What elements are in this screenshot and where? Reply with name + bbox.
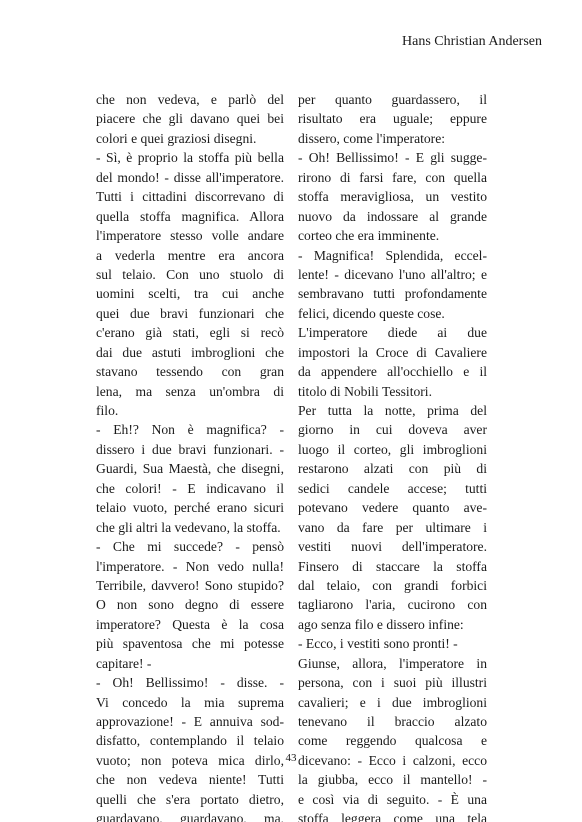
text-line: che colori! - E indicavano il: [96, 479, 284, 498]
text-line: per quanto guardassero, il: [298, 90, 487, 109]
text-line: rirono di farsi fare, con quella: [298, 168, 487, 187]
text-line: vano da fare per ultimare i: [298, 518, 487, 537]
text-line: Per tutta la notte, prima del: [298, 401, 487, 420]
text-line: sembravano tutti profondamente: [298, 284, 487, 303]
text-line: Giunse, allora, l'imperatore in: [298, 654, 487, 673]
text-line: persona, con i suoi più illustri: [298, 673, 487, 692]
text-line: da appendere all'occhiello e il: [298, 362, 487, 381]
text-line: quella stoffa magnifica. Allora: [96, 207, 284, 226]
text-column-right: per quanto guardassero, ilrisultato era …: [298, 90, 487, 822]
text-line: del mondo! - disse all'imperatore.: [96, 168, 284, 187]
text-line: lente! - dicevano l'uno all'altro; e: [298, 265, 487, 284]
text-line: lena, ma senza un'ombra di: [96, 382, 284, 401]
text-line: imperatore? Questa è la cosa: [96, 615, 284, 634]
text-line: come reggendo qualcosa e: [298, 731, 487, 750]
text-line: la giubba, ecco il mantello! -: [298, 770, 487, 789]
text-line: Vi concedo la mia suprema: [96, 693, 284, 712]
text-line: impostori la Croce di Cavaliere: [298, 343, 487, 362]
text-line: telaio vuoto, perché erano sicuri: [96, 498, 284, 517]
text-line: O non sono degno di essere: [96, 595, 284, 614]
text-line: l'imperatore stesso volle andare: [96, 226, 284, 245]
text-line: tenevano il braccio alzato: [298, 712, 487, 731]
text-line: uomini scelti, tra cui anche: [96, 284, 284, 303]
text-line: restarono alzati con più di: [298, 459, 487, 478]
text-line: giorno in cui doveva aver: [298, 420, 487, 439]
text-line: filo.: [96, 401, 284, 420]
text-line: quei due bravi funzionari che: [96, 304, 284, 323]
text-line: guardavano, guardavano, ma,: [96, 809, 284, 822]
text-line: dissero i due bravi funzionari. -: [96, 440, 284, 459]
text-line: c'erano già stati, egli si recò: [96, 323, 284, 342]
text-line: quelli che s'era portato dietro,: [96, 790, 284, 809]
text-line: sul telaio. Con uno stuolo di: [96, 265, 284, 284]
text-line: vestiti nuovi dell'imperatore.: [298, 537, 487, 556]
text-line: piacere che gli davano quei bei: [96, 109, 284, 128]
text-line: nuovo da indossare al grande: [298, 207, 487, 226]
text-line: sedici candele accese; tutti: [298, 479, 487, 498]
text-line: luogo il corteo, gli imbroglioni: [298, 440, 487, 459]
text-line: - Ecco, i vestiti sono pronti! -: [298, 634, 487, 653]
text-line: dai due astuti imbroglioni che: [96, 343, 284, 362]
text-line: - Che mi succede? - pensò: [96, 537, 284, 556]
text-line: stoffa leggera come una tela: [298, 809, 487, 822]
text-line: corteo che era imminente.: [298, 226, 487, 245]
text-line: capitare! -: [96, 654, 284, 673]
text-line: ago senza filo e dissero infine:: [298, 615, 487, 634]
text-line: L'imperatore diede ai due: [298, 323, 487, 342]
text-line: dissero, come l'imperatore:: [298, 129, 487, 148]
text-line: e così via di seguito. - È una: [298, 790, 487, 809]
text-line: colori e quei graziosi disegni.: [96, 129, 284, 148]
text-line: approvazione! - E annuiva sod-: [96, 712, 284, 731]
text-line: dal telaio, con grandi forbici: [298, 576, 487, 595]
text-line: disfatto, contemplando il telaio: [96, 731, 284, 750]
text-line: Tutti i cittadini discorrevano di: [96, 187, 284, 206]
text-line: Finsero di staccare la stoffa: [298, 557, 487, 576]
text-line: l'imperatore. - Non vedo nulla!: [96, 557, 284, 576]
text-line: stoffa meravigliosa, un vestito: [298, 187, 487, 206]
text-column-left: che non vedeva, e parlò delpiacere che g…: [96, 90, 284, 822]
text-line: - Sì, è proprio la stoffa più bella: [96, 148, 284, 167]
text-line: che gli altri la vedevano, la stoffa.: [96, 518, 284, 537]
text-line: tagliarono l'aria, cucirono con: [298, 595, 487, 614]
text-line: che non vedeva niente! Tutti: [96, 770, 284, 789]
text-line: risultato era uguale; eppure: [298, 109, 487, 128]
text-line: - Magnifica! Splendida, eccel-: [298, 246, 487, 265]
text-line: - Oh! Bellissimo! - disse. -: [96, 673, 284, 692]
text-line: cavalieri; e i due imbroglioni: [298, 693, 487, 712]
text-line: titolo di Nobili Tessitori.: [298, 382, 487, 401]
text-line: Terribile, davvero! Sono stupido?: [96, 576, 284, 595]
text-line: Guardi, Sua Maestà, che disegni,: [96, 459, 284, 478]
text-line: felici, dicendo queste cose.: [298, 304, 487, 323]
text-line: più spaventosa che mi potesse: [96, 634, 284, 653]
text-line: che non vedeva, e parlò del: [96, 90, 284, 109]
text-line: - Oh! Bellissimo! - E gli sugge-: [298, 148, 487, 167]
running-header-author: Hans Christian Andersen: [402, 34, 542, 50]
text-line: - Eh!? Non è magnifica? -: [96, 420, 284, 439]
text-line: potevano vedere quanto ave-: [298, 498, 487, 517]
text-line: a vederla mentre era ancora: [96, 246, 284, 265]
text-line: stavano tessendo con gran: [96, 362, 284, 381]
page-number: 43: [0, 752, 582, 764]
